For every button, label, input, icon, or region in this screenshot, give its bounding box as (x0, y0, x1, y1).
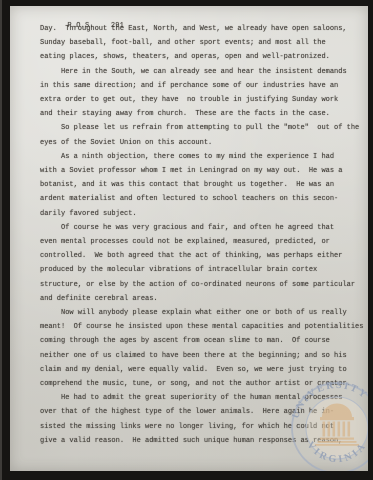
scanned-document-photo: P.O.S.291 Day. Throughout the East, Nort… (0, 0, 373, 480)
text-line: ardent materialist and often lectured to… (40, 192, 368, 206)
text-line: eyes of the Soviet Union on this account… (40, 136, 368, 150)
text-line: eating places, shows, theaters, and oper… (40, 50, 368, 64)
text-line: As a ninth objection, there comes to my … (40, 150, 368, 164)
university-stamp-watermark: UNIVERSITY OF VIRGINIA (282, 373, 368, 471)
text-line: extra order to get out, they have no tro… (40, 93, 368, 107)
document-page: P.O.S.291 Day. Throughout the East, Nort… (10, 6, 368, 471)
text-line: produced by the molecular vibrations of … (40, 263, 368, 277)
text-line: Now will anybody please explain what eit… (40, 306, 368, 320)
text-line: botanist, and it was this contact that b… (40, 178, 368, 192)
text-line: meant! Of course he insisted upon these … (40, 320, 368, 334)
text-line: with a Soviet professor whom I met in Le… (40, 164, 368, 178)
text-line: So please let us refrain from attempting… (40, 121, 368, 135)
text-line: Of course he was very gracious and fair,… (40, 221, 368, 235)
text-line: coming through the ages by ascent from o… (40, 334, 368, 348)
text-line: in this same direction; and if perchance… (40, 79, 368, 93)
text-line: controlled. We both agreed that the act … (40, 249, 368, 263)
text-line: darily favored subject. (40, 207, 368, 221)
text-line: Day. Throughout the East, North, and Wes… (40, 22, 368, 36)
text-line: and definite cerebral areas. (40, 292, 368, 306)
text-line: and their staying away from church. Thes… (40, 107, 368, 121)
text-line: structure, or else by the action of co-o… (40, 278, 368, 292)
text-line: neither one of us claimed to have been t… (40, 349, 368, 363)
scan-edge-sliver (0, 0, 2, 480)
text-line: even mental processes could not be expla… (40, 235, 368, 249)
text-line: Here in the South, we can already see an… (40, 65, 368, 79)
text-line: Sunday baseball, foot-ball, and other sp… (40, 36, 368, 50)
